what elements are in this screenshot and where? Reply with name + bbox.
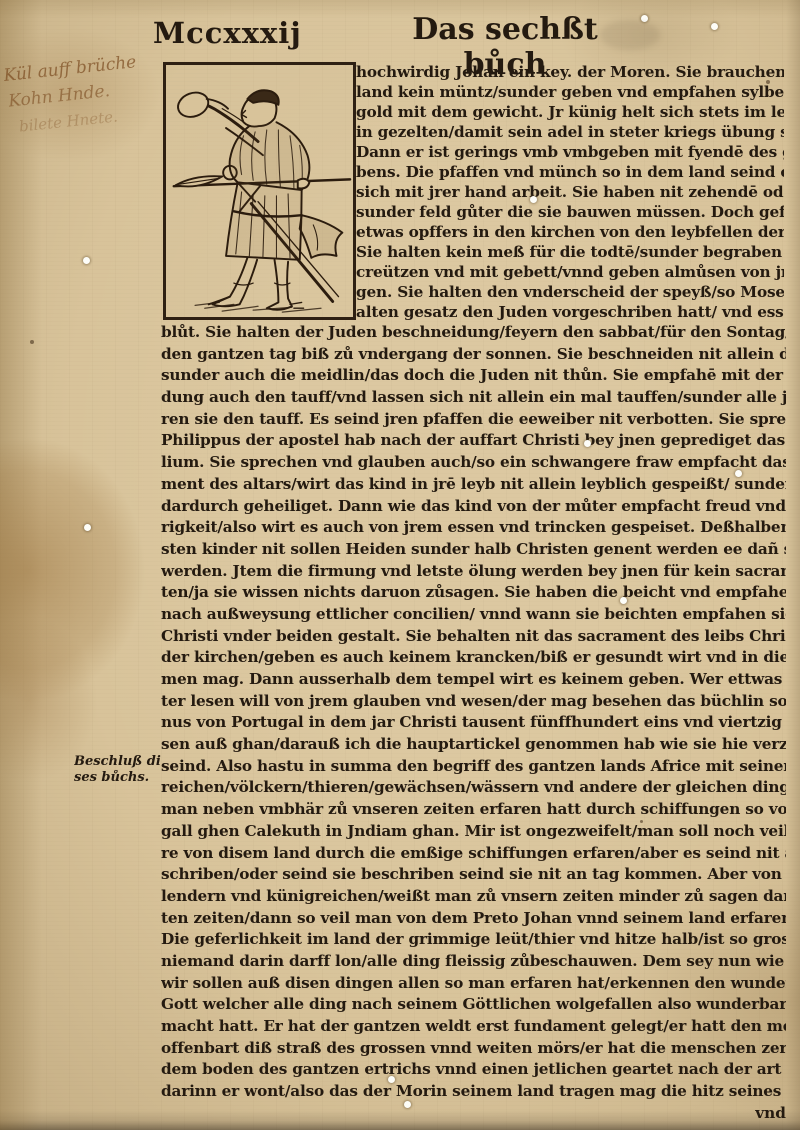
body-text-line: niemand darin darff lon/alle ding fleiss… <box>161 951 786 973</box>
body-text-line: ren sie den tauff. Es seind jren pfaffen… <box>161 409 786 431</box>
body-text-line: Sie halten kein meß für die todtē/sunder… <box>356 242 784 262</box>
body-text-line: ment des altars/wirt das kind in jrē ley… <box>161 474 786 496</box>
ink-speck <box>766 80 770 84</box>
body-text-line: sich mit jrer hand arbeit. Sie haben nit… <box>356 182 784 202</box>
pinhole <box>620 597 627 604</box>
body-text-line: land kein müntz/sunder geben vnd empfahe… <box>356 82 784 102</box>
body-text-line: sen auß ghan/darauß ich die hauptarticke… <box>161 734 786 756</box>
body-text-line: werden. Jtem die firmung vnd letste ölun… <box>161 561 786 583</box>
pinhole <box>735 470 742 477</box>
body-text-line: schriben/oder seind sie beschriben seind… <box>161 864 786 886</box>
body-text-line: gold mit dem gewicht. Jr künig helt sich… <box>356 102 784 122</box>
body-text-line: etwas opffers in den kirchen von den ley… <box>356 222 784 242</box>
pinhole <box>404 1101 411 1108</box>
body-text-line: lium. Sie sprechen vnd glauben auch/so e… <box>161 452 786 474</box>
body-text-line: nus von Portugal in dem jar Christi taus… <box>161 712 786 734</box>
ink-speck <box>30 340 34 344</box>
body-text-line: sunder feld gůter die sie bauwen müssen.… <box>356 202 784 222</box>
body-text-line: gen. Sie halten den vnderscheid der spey… <box>356 282 784 302</box>
body-text-line: ten/ja sie wissen nichts daruon zůsagen.… <box>161 582 786 604</box>
body-text-line: den gantzen tag biß zů vndergang der son… <box>161 344 786 366</box>
body-text-line: sten kinder nit sollen Heiden sunder hal… <box>161 539 786 561</box>
body-text-line: ter lesen will von jrem glauben vnd wese… <box>161 691 786 713</box>
margin-note-line: ses bůchs. <box>74 770 162 786</box>
body-text-line: nach außweysung ettlicher concilien/ vnn… <box>161 604 786 626</box>
body-text-line: in gezelten/damit sein adel in steter kr… <box>356 122 784 142</box>
text-column-full-width: blůt. Sie halten der Juden beschneidung/… <box>161 322 786 1103</box>
body-text-line: sunder auch die meidlin/das doch die Jud… <box>161 365 786 387</box>
body-text-line: hochwirdig Johan ein key. der Moren. Sie… <box>356 62 784 82</box>
body-text-line: Christi vnder beiden gestalt. Sie behalt… <box>161 626 786 648</box>
man-with-jug-spear-sword-woodcut <box>166 65 353 317</box>
handwritten-marginalia: Kül auff brücheKohn Hnde.bilete Hnete. <box>2 45 179 140</box>
catchword: vnd <box>161 1103 786 1124</box>
body-text-line: dem boden des gantzen ertrichs vnnd eine… <box>161 1059 786 1081</box>
body-text-line: re von disem land durch die emßige schif… <box>161 843 786 865</box>
body-text-line: lendern vnd künigreichen/weißt man zů vn… <box>161 886 786 908</box>
body-text-line: creützen vnd mit gebett/vnnd geben almůs… <box>356 262 784 282</box>
book-page-scan: Mccxxxij Das sechßt bůch Kül auff brüche… <box>0 0 800 1130</box>
ink-speck <box>640 820 643 823</box>
pinhole <box>530 196 537 203</box>
body-text-line: dardurch geheiliget. Dann wie das kind v… <box>161 496 786 518</box>
pinhole <box>584 440 591 447</box>
body-text-line: man neben vmbhär zů vnseren zeiten erfar… <box>161 799 786 821</box>
body-text-line: gall ghen Calekuth in Jndiam ghan. Mir i… <box>161 821 786 843</box>
body-text-line: bens. Die pfaffen vnd münch so in dem la… <box>356 162 784 182</box>
body-text-line: der kirchen/geben es auch keinem krancke… <box>161 647 786 669</box>
pinhole <box>83 257 90 264</box>
body-text-line: Dann er ist gerings vmb vmbgeben mit fye… <box>356 142 784 162</box>
body-text-line: wir sollen auß disen dingen allen so man… <box>161 973 786 995</box>
body-text-line: rigkeit/also wirt es auch von jrem essen… <box>161 517 786 539</box>
show-through-smudge <box>600 20 660 50</box>
body-text-line: ten zeiten/dann so veil man von dem Pret… <box>161 908 786 930</box>
body-text-line: seind. Also hastu in summa den begriff d… <box>161 756 786 778</box>
body-text-line: Philippus der apostel hab nach der auffa… <box>161 430 786 452</box>
pinhole <box>84 524 91 531</box>
text-column-beside-woodcut: hochwirdig Johan ein key. der Moren. Sie… <box>356 62 784 322</box>
printed-margin-note: Beschluß di=ses bůchs. <box>74 754 162 786</box>
body-text-line: macht hatt. Er hat der gantzen weldt ers… <box>161 1016 786 1038</box>
body-text-line: reichen/völckern/thieren/gewächsen/wässe… <box>161 777 786 799</box>
body-text-line: dung auch den tauff/vnd lassen sich nit … <box>161 387 786 409</box>
body-text-line: darinn er wont/also das der Morin seinem… <box>161 1081 786 1103</box>
pinhole <box>711 23 718 30</box>
body-text-line: Gott welcher alle ding nach seinem Göttl… <box>161 994 786 1016</box>
body-text-line: alten gesatz den Juden vorgeschriben hat… <box>356 302 784 322</box>
body-text-line: men mag. Dann ausserhalb dem tempel wirt… <box>161 669 786 691</box>
pinhole <box>388 1076 395 1083</box>
body-text-line: offenbart diß straß des grossen vnnd wei… <box>161 1038 786 1060</box>
woodcut-illustration <box>163 62 356 320</box>
margin-note-line: Beschluß di= <box>74 754 162 770</box>
folio-number: Mccxxxij <box>153 16 302 50</box>
body-text-line: Die geferlichkeit im land der grimmige l… <box>161 929 786 951</box>
body-text-line: blůt. Sie halten der Juden beschneidung/… <box>161 322 786 344</box>
